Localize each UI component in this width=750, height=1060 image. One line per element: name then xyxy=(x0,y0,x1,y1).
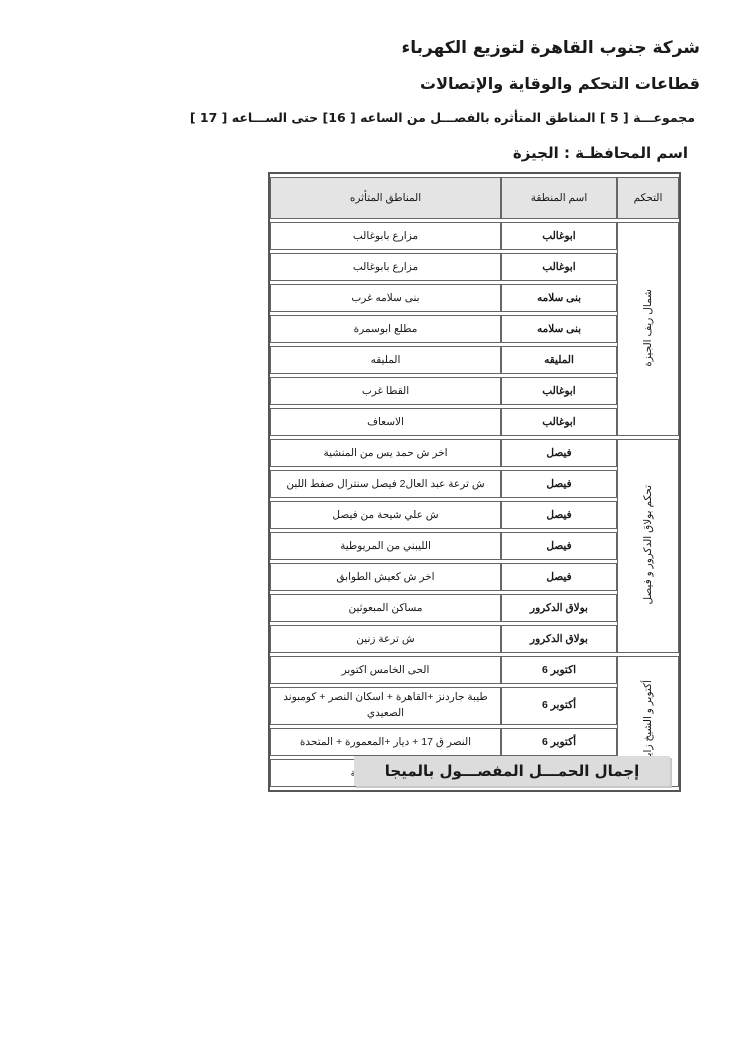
affected-area-cell: ش علي شيحة من فيصل xyxy=(270,501,501,529)
region-cell: ابوغالب xyxy=(501,377,617,405)
region-cell: فيصل xyxy=(501,439,617,467)
affected-area-cell: مطلع ابوسمرة xyxy=(270,315,501,343)
affected-area-cell: ش ترعة عبد العال2 فيصل سنترال صفط اللبن xyxy=(270,470,501,498)
region-cell: بنى سلامه xyxy=(501,315,617,343)
region-cell: بنى سلامه xyxy=(501,284,617,312)
region-cell: المليقه xyxy=(501,346,617,374)
region-cell: فيصل xyxy=(501,532,617,560)
affected-area-cell: النصر ق 17 + ديار +المعمورة + المتحدة xyxy=(270,728,501,756)
region-cell: فيصل xyxy=(501,563,617,591)
region-cell: فيصل xyxy=(501,501,617,529)
region-cell: أكتوبر 6 xyxy=(501,687,617,725)
affected-area-cell: المليقه xyxy=(270,346,501,374)
company-title: شركة جنوب القاهرة لتوزيع الكهرباء xyxy=(402,38,700,58)
control-group-cell: شمال ريف الجيزة xyxy=(617,222,679,436)
governorate-label: اسم المحافظـة : الجيزة xyxy=(513,144,688,162)
total-load-label: إجمال الحمـــل المفصـــول بالميجا xyxy=(354,756,670,786)
control-group-label: أكتوبر و الشيخ زايد xyxy=(642,680,654,761)
affected-area-cell: اخر ش كعيش الطوابق xyxy=(270,563,501,591)
control-group-label: شمال ريف الجيزة xyxy=(642,289,654,367)
header-region: اسم المنطقة xyxy=(501,177,617,219)
affected-area-cell: الاسعاف xyxy=(270,408,501,436)
table-row: شمال ريف الجيزةابوغالبمزارع بابوغالب xyxy=(270,222,679,250)
table-row: أكتوبر و الشيخ زايداكتوبر 6الحى الخامس ا… xyxy=(270,656,679,684)
table-row: تحكم بولاق الدكرور و فيصلفيصلاخر ش حمد ي… xyxy=(270,439,679,467)
affected-area-cell: الحى الخامس اكتوبر xyxy=(270,656,501,684)
table-header-row: التحكم اسم المنطقة المناطق المتأثره xyxy=(270,177,679,219)
region-cell: ابوغالب xyxy=(501,222,617,250)
control-group-cell: تحكم بولاق الدكرور و فيصل xyxy=(617,439,679,653)
control-group-label: تحكم بولاق الدكرور و فيصل xyxy=(642,485,654,605)
header-areas: المناطق المتأثره xyxy=(270,177,501,219)
region-cell: أكتوبر 6 xyxy=(501,728,617,756)
region-cell: فيصل xyxy=(501,470,617,498)
group-schedule-line: مجموعـــة [ 5 ] المناطق المتأثره بالفصــ… xyxy=(190,110,695,125)
header-control: التحكم xyxy=(617,177,679,219)
affected-areas-table: التحكم اسم المنطقة المناطق المتأثره شمال… xyxy=(268,172,681,792)
affected-area-cell: اخر ش حمد يس من المنشية xyxy=(270,439,501,467)
region-cell: ابوغالب xyxy=(501,253,617,281)
affected-area-cell: القطا غرب xyxy=(270,377,501,405)
affected-area-cell: طيبة جاردنز +القاهرة + اسكان النصر + كوم… xyxy=(270,687,501,725)
affected-area-cell: مزارع بابوغالب xyxy=(270,222,501,250)
affected-areas-table-wrapper: التحكم اسم المنطقة المناطق المتأثره شمال… xyxy=(268,172,681,792)
table-body: شمال ريف الجيزةابوغالبمزارع بابوغالبابوغ… xyxy=(270,222,679,787)
region-cell: اكتوبر 6 xyxy=(501,656,617,684)
affected-area-cell: بنى سلامه غرب xyxy=(270,284,501,312)
region-cell: بولاق الدكرور xyxy=(501,625,617,653)
affected-area-cell: مساكن المبعوثين xyxy=(270,594,501,622)
region-cell: بولاق الدكرور xyxy=(501,594,617,622)
affected-area-cell: مزارع بابوغالب xyxy=(270,253,501,281)
region-cell: ابوغالب xyxy=(501,408,617,436)
affected-area-cell: ش ترعة زنين xyxy=(270,625,501,653)
affected-area-cell: الليبني من المريوطية xyxy=(270,532,501,560)
sector-title: قطاعات التحكم والوقاية والإتصالات xyxy=(420,74,700,93)
